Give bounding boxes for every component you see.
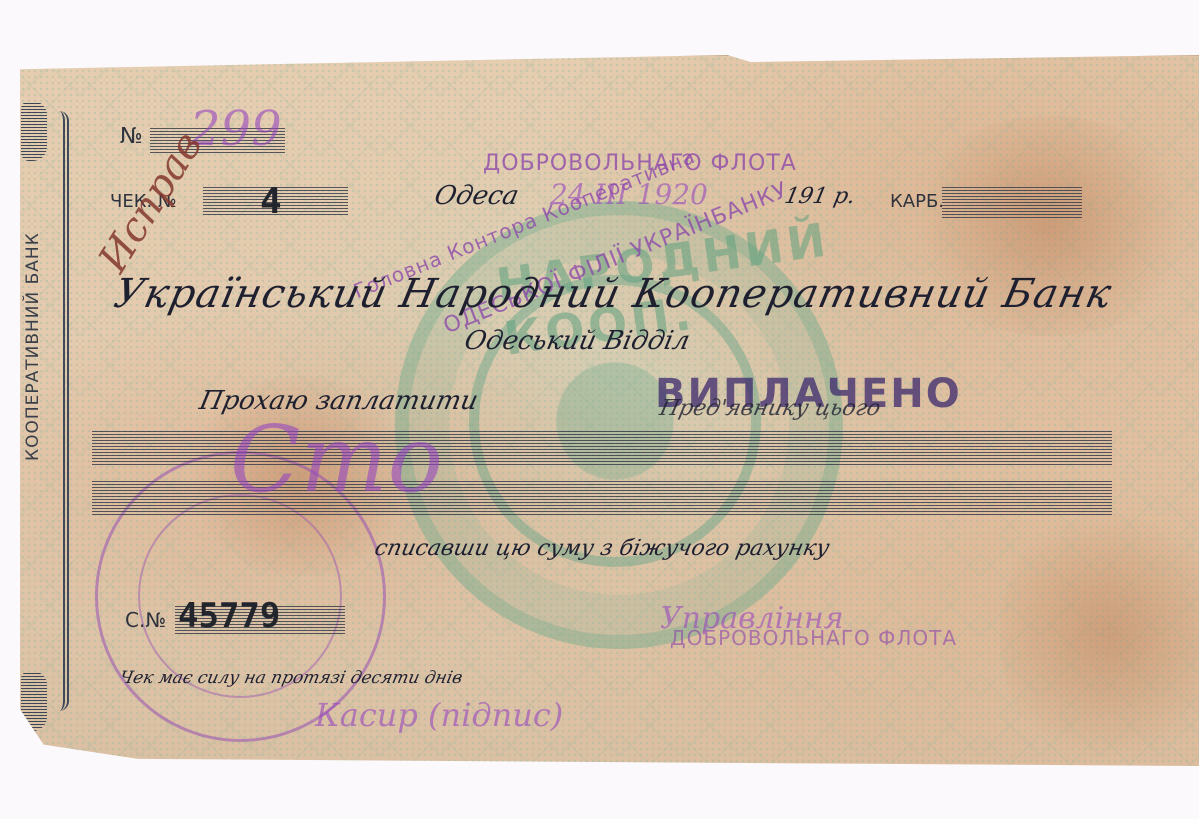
side-text: КООПЕРАТИВНИЙ БАНК <box>23 232 43 461</box>
ornament-top <box>21 101 47 161</box>
city-label: Одеса <box>432 181 522 211</box>
payee-text: Пред'явнику цього <box>657 396 882 421</box>
serial-label: С.№ <box>125 608 166 632</box>
stamp-fleet-bottom: ДОБРОВОЛЬНАГО ФЛОТА <box>670 626 957 650</box>
branch-name: Одеський Відділ <box>462 326 693 356</box>
cheque-number-value: 4 <box>260 181 282 222</box>
bank-name: Український Народний Кооперативний Банк <box>110 271 1116 317</box>
handwritten-amount: Сто <box>230 406 443 513</box>
serial-number: 45779 <box>178 596 280 636</box>
year-label: 191 р. <box>782 184 857 209</box>
amount-field <box>942 187 1082 219</box>
ornament-bottom <box>21 671 47 731</box>
seal-inner-ring <box>469 275 761 567</box>
number-label: № <box>120 124 143 149</box>
left-border-ornament: КООПЕРАТИВНИЙ БАНК <box>25 111 69 711</box>
debit-text: списавши цю суму з біжучого рахунку <box>372 536 831 561</box>
cheque-document: НАРОДНИЙ КООП. КООПЕРАТИВНИЙ БАНК № 299 … <box>20 55 1199 766</box>
cashier-signature: Касир (підпис) <box>315 696 563 734</box>
validity-text: Чек має силу на протязі десяти днів <box>118 668 464 688</box>
amount-label: КАРБ. <box>890 191 944 212</box>
